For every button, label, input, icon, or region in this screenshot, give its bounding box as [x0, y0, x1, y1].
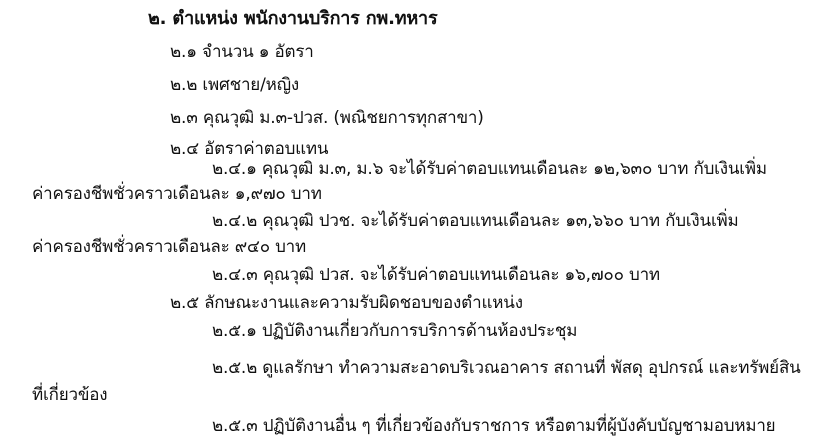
duty-2-line1: ๒.๕.๒ ดูแลรักษา ทำความสะอาดบริเวณอาคาร ส… — [212, 357, 801, 379]
section-heading: ๒. ตำแหน่ง พนักงานบริการ กพ.ทหาร — [148, 8, 437, 30]
comp-1-line1: ๒.๔.๑ คุณวุฒิ ม.๓, ม.๖ จะได้รับค่าตอบแทน… — [212, 158, 767, 180]
item-duties-header: ๒.๕ ลักษณะงานและความรับผิดชอบของตำแหน่ง — [170, 292, 523, 314]
document-page: ๒. ตำแหน่ง พนักงานบริการ กพ.ทหาร ๒.๑ จำน… — [0, 0, 831, 447]
item-gender: ๒.๒ เพศชาย/หญิง — [170, 74, 299, 96]
duty-3: ๒.๕.๓ ปฏิบัติงานอื่น ๆ ที่เกี่ยวข้องกับร… — [212, 415, 775, 437]
comp-2-line1: ๒.๔.๒ คุณวุฒิ ปวช. จะได้รับค่าตอบแทนเดือ… — [212, 210, 739, 232]
item-compensation-header: ๒.๔ อัตราค่าตอบแทน — [170, 138, 328, 160]
item-count: ๒.๑ จำนวน ๑ อัตรา — [170, 41, 314, 63]
item-qualification: ๒.๓ คุณวุฒิ ม.๓-ปวส. (พณิชยการทุกสาขา) — [170, 107, 484, 129]
section-title: ตำแหน่ง พนักงานบริการ กพ.ทหาร — [172, 8, 437, 29]
comp-2-line2: ค่าครองชีพชั่วคราวเดือนละ ๙๔๐ บาท — [32, 236, 306, 258]
duty-2-line2: ที่เกี่ยวข้อง — [32, 384, 107, 406]
duty-1: ๒.๕.๑ ปฏิบัติงานเกี่ยวกับการบริการด้านห้… — [212, 320, 577, 342]
comp-3-line1: ๒.๔.๓ คุณวุฒิ ปวส. จะได้รับค่าตอบแทนเดือ… — [212, 264, 660, 286]
comp-1-line2: ค่าครองชีพชั่วคราวเดือนละ ๑,๙๗๐ บาท — [32, 183, 322, 205]
section-number: ๒. — [148, 8, 166, 29]
